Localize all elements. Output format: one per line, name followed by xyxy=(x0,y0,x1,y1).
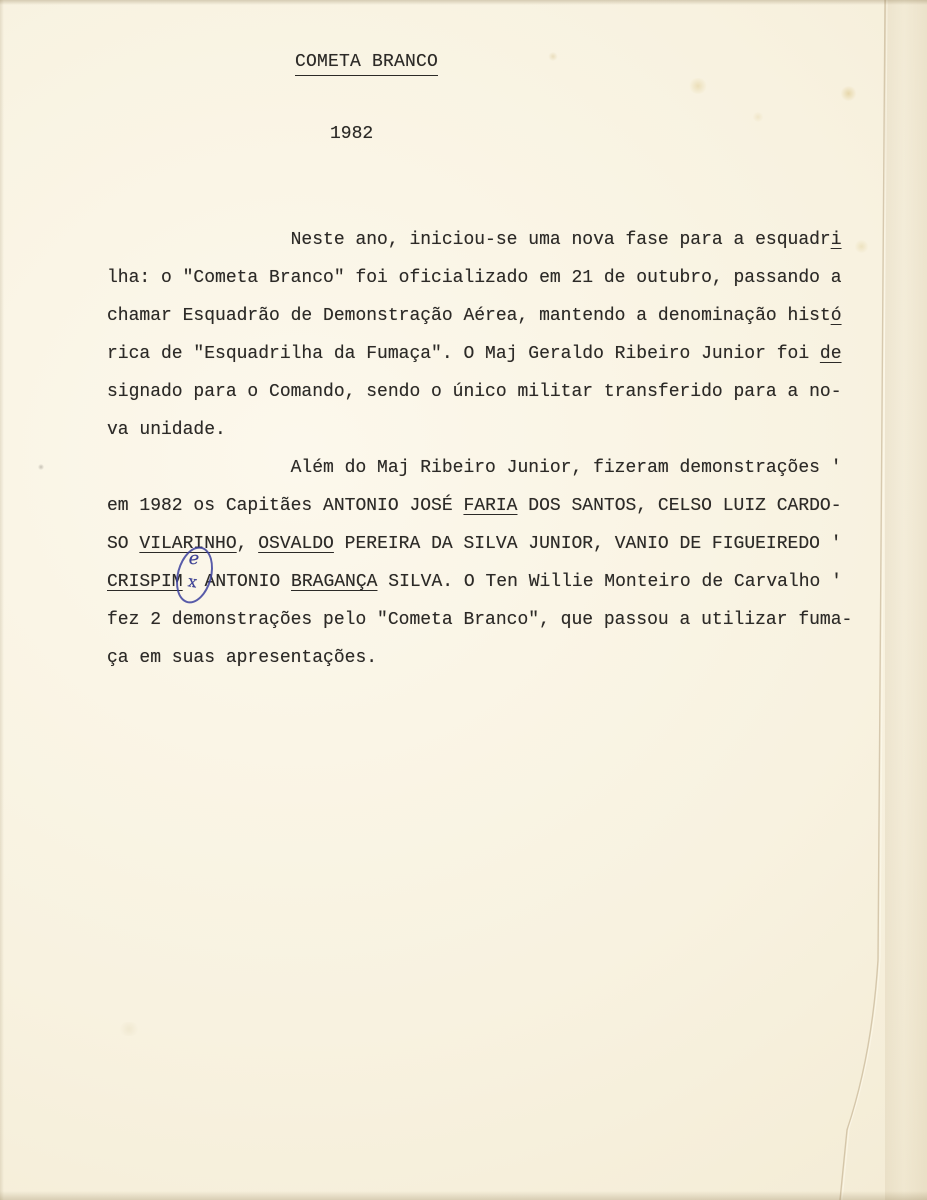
typewritten-line: rica de "Esquadrilha da Fumaça". O Maj G… xyxy=(107,335,852,373)
text-segment: , xyxy=(237,534,259,554)
text-segment: va unidade. xyxy=(107,420,226,440)
underlined-text: de xyxy=(820,344,842,364)
paper-stain xyxy=(854,240,869,253)
typewritten-line: SO VILARINHO, OSVALDO PEREIRA DA SILVA J… xyxy=(107,525,852,563)
typewritten-line: em 1982 os Capitães ANTONIO JOSÉ FARIA D… xyxy=(107,487,852,525)
text-segment: Neste ano, iniciou-se uma nova fase para… xyxy=(107,230,831,250)
typewritten-line: ça em suas apresentações. xyxy=(107,639,852,677)
typewritten-line: CRISPIMxeANTONIO BRAGANÇA SILVA. O Ten W… xyxy=(107,563,852,601)
underlined-text: FARIA xyxy=(463,496,517,516)
typewritten-line: fez 2 demonstrações pelo "Cometa Branco"… xyxy=(107,601,852,639)
paper-stain xyxy=(118,1022,140,1036)
text-segment: rica de "Esquadrilha da Fumaça". O Maj G… xyxy=(107,344,820,364)
typewritten-line: chamar Esquadrão de Demonstração Aérea, … xyxy=(107,297,852,335)
text-segment: signado para o Comando, sendo o único mi… xyxy=(107,382,842,402)
scan-edge-bottom xyxy=(0,1191,927,1200)
text-segment: lha: o "Cometa Branco" foi oficializado … xyxy=(107,268,842,288)
underlined-text: ó xyxy=(831,306,842,326)
typewritten-line: lha: o "Cometa Branco" foi oficializado … xyxy=(107,259,852,297)
paper-stain xyxy=(688,78,708,94)
text-segment: DOS SANTOS, CELSO LUIZ CARDO- xyxy=(517,496,841,516)
typewritten-line: signado para o Comando, sendo o único mi… xyxy=(107,373,852,411)
text-segment: PEREIRA DA SILVA JUNIOR, VANIO DE FIGUEI… xyxy=(334,534,842,554)
text-segment: Além do Maj Ribeiro Junior, fizeram demo… xyxy=(107,458,842,478)
document-title: COMETA BRANCO xyxy=(295,52,438,72)
handwritten-correction: xe xyxy=(183,563,205,601)
paper-stain xyxy=(840,86,857,101)
underlined-text: i xyxy=(831,230,842,250)
scan-edge-top xyxy=(0,0,927,5)
typewritten-body: Neste ano, iniciou-se uma nova fase para… xyxy=(107,221,852,677)
paper-speck xyxy=(38,464,44,470)
underlined-text: OSVALDO xyxy=(258,534,334,554)
text-segment: SO xyxy=(107,534,139,554)
paper-stain xyxy=(548,52,558,61)
typewritten-line: Além do Maj Ribeiro Junior, fizeram demo… xyxy=(107,449,852,487)
paper-right-fold-strip xyxy=(885,0,927,1200)
typewritten-line: Neste ano, iniciou-se uma nova fase para… xyxy=(107,221,852,259)
typewritten-line: va unidade. xyxy=(107,411,852,449)
scan-edge-left xyxy=(0,0,4,1200)
text-segment: ANTONIO xyxy=(205,572,291,592)
text-segment: fez 2 demonstrações pelo "Cometa Branco"… xyxy=(107,610,852,630)
text-segment: SILVA. O Ten Willie Monteiro de Carvalho… xyxy=(377,572,841,592)
underlined-text: BRAGANÇA xyxy=(291,572,377,592)
document-year: 1982 xyxy=(330,124,373,144)
document-title-text: COMETA BRANCO xyxy=(295,52,438,76)
inserted-letter: e xyxy=(189,550,200,568)
text-segment: ça em suas apresentações. xyxy=(107,648,377,668)
text-segment: chamar Esquadrão de Demonstração Aérea, … xyxy=(107,306,831,326)
underlined-text: CRISPIM xyxy=(107,572,183,592)
paper-stain xyxy=(752,112,764,122)
text-segment: em 1982 os Capitães ANTONIO JOSÉ xyxy=(107,496,463,516)
